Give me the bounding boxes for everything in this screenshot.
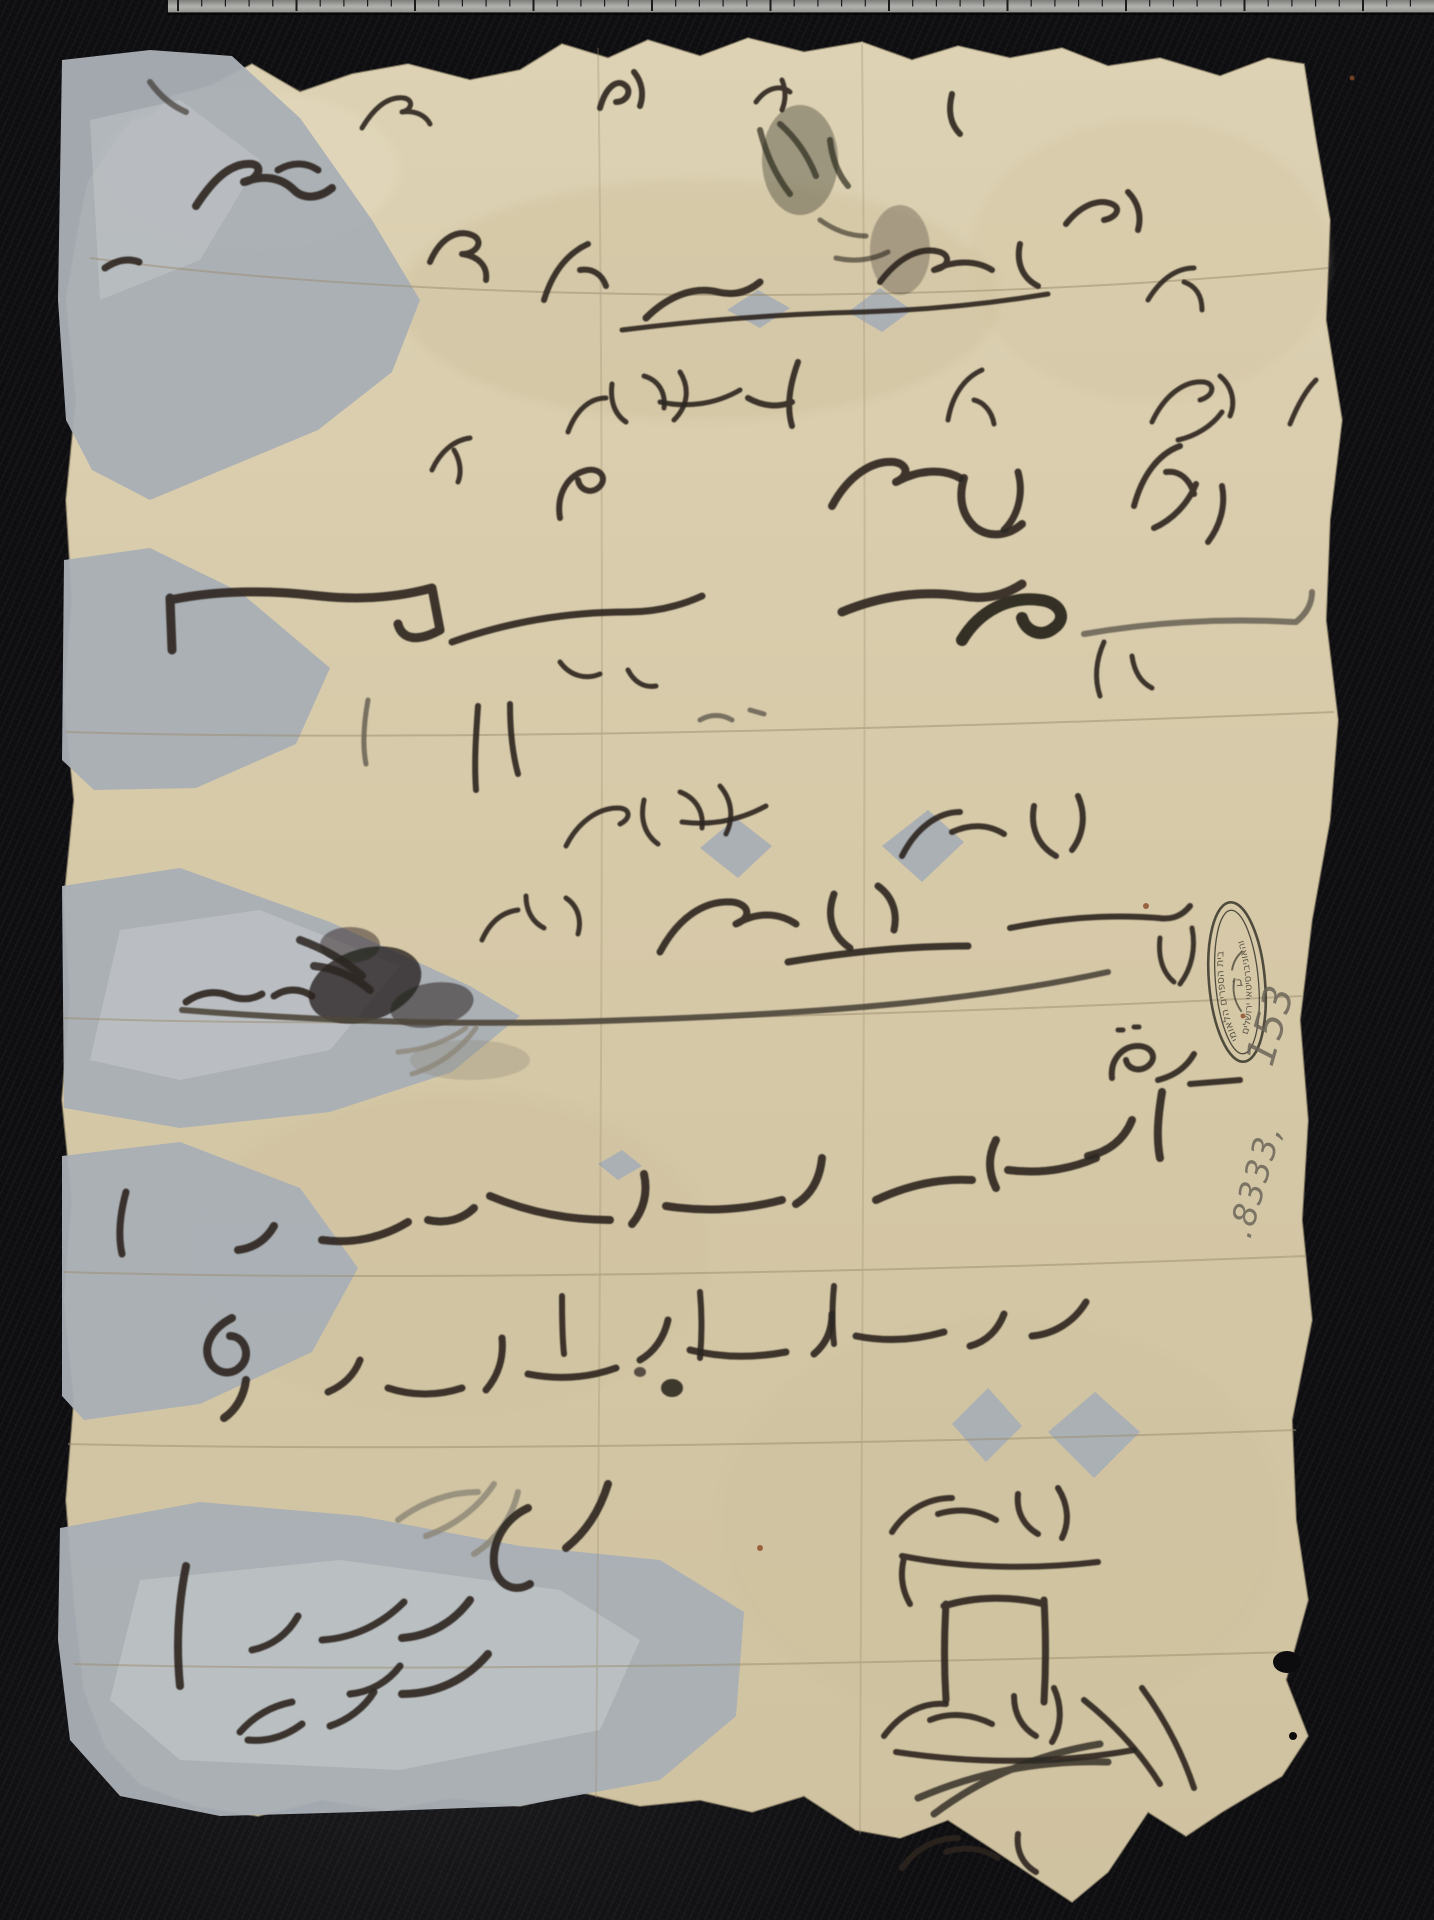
measuring-ruler: [168, 0, 1434, 15]
stamp-inner-mark: ב׳: [1230, 975, 1243, 990]
manuscript-scan: בית הספרים הלאומי והאוניברסיטאי ירושלים …: [0, 0, 1434, 1920]
